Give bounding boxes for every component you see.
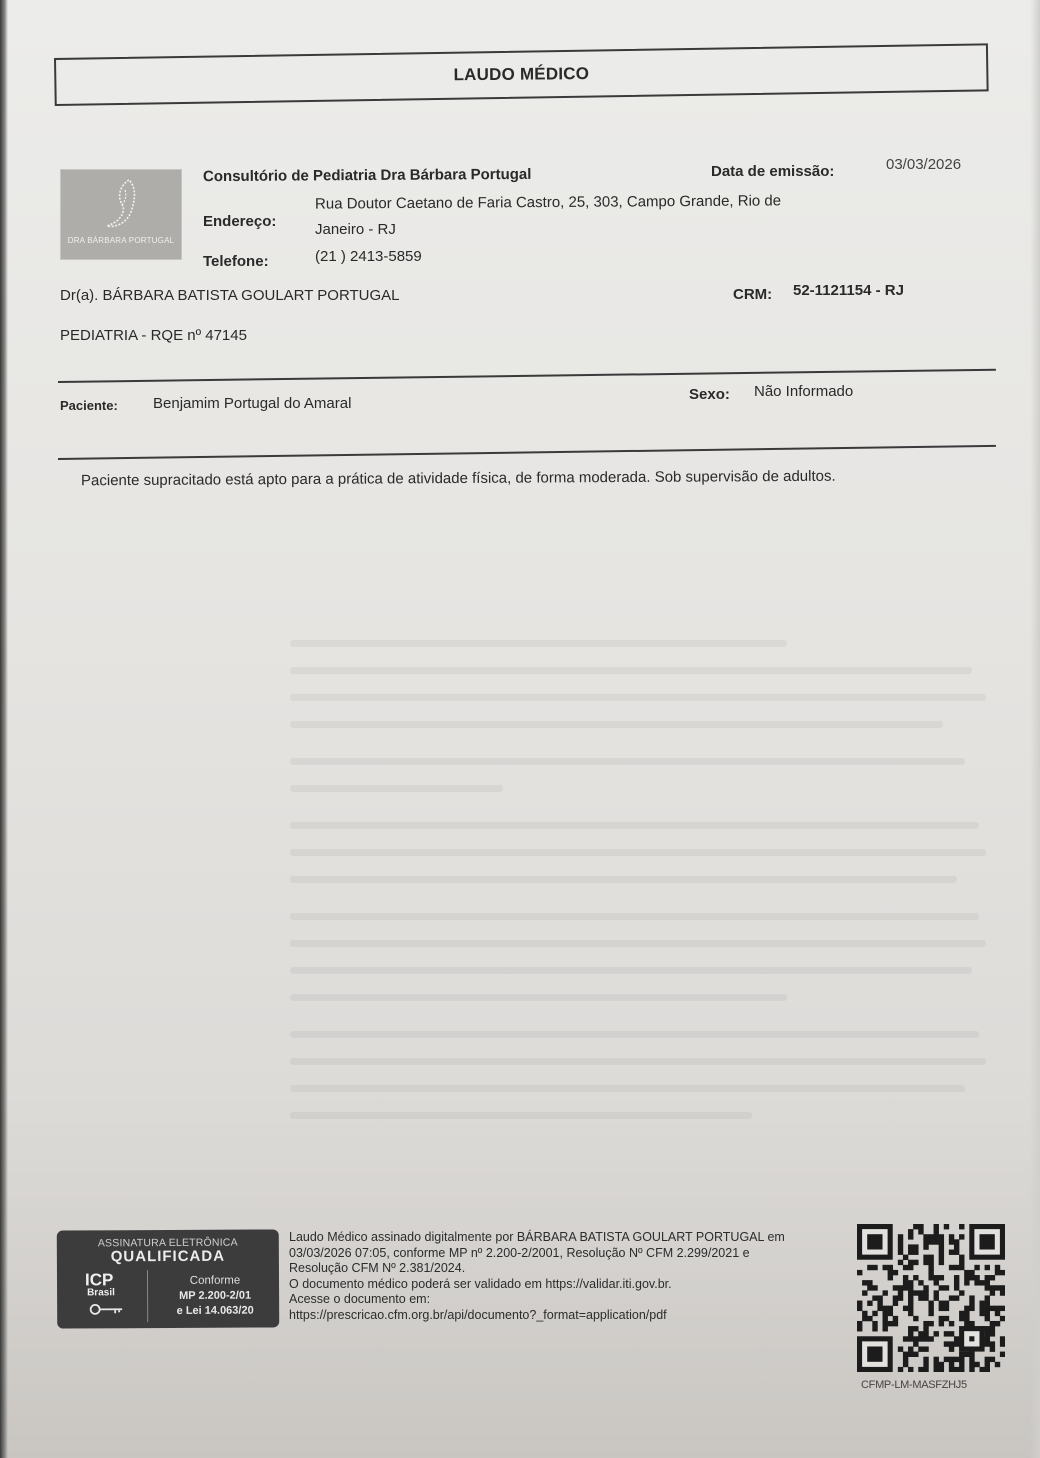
divider-top — [58, 369, 996, 383]
badge-divider — [147, 1270, 148, 1322]
title-box: LAUDO MÉDICO — [54, 43, 989, 106]
qr-code[interactable] — [857, 1224, 1005, 1372]
document-url: https://prescricao.cfm.org.br/api/docume… — [289, 1308, 854, 1324]
photo-edge-shadow — [0, 0, 8, 1458]
qr-code-id: CFMP-LM-MASFZHJ5 — [861, 1379, 967, 1391]
address-line2: Janeiro - RJ — [315, 221, 396, 238]
signature-statement: Laudo Médico assinado digitalmente por B… — [289, 1230, 854, 1324]
divider-bottom — [58, 445, 996, 460]
crm-label: CRM: — [733, 286, 772, 303]
phone-label: Telefone: — [203, 253, 269, 270]
address-label: Endereço: — [203, 213, 276, 230]
badge-conforme: Conforme — [155, 1274, 275, 1287]
phone-number: (21 ) 2413-5859 — [315, 248, 422, 265]
badge-mp: MP 2.200-2/01 — [155, 1289, 275, 1302]
badge-line2: QUALIFICADA — [57, 1247, 279, 1265]
doctor-name: Dr(a). BÁRBARA BATISTA GOULART PORTUGAL — [60, 287, 400, 304]
doctor-specialty: PEDIATRIA - RQE nº 47145 — [60, 327, 247, 344]
icp-logo-text: ICP — [85, 1272, 113, 1288]
badge-lei: e Lei 14.063/20 — [155, 1304, 275, 1317]
show-through-text — [290, 640, 1000, 1160]
patient-label: Paciente: — [60, 398, 118, 413]
sex-value: Não Informado — [754, 383, 853, 400]
logo-text: DRA BÁRBARA PORTUGAL — [61, 236, 181, 245]
issue-date: 03/03/2026 — [886, 156, 961, 173]
validation-line: O documento médico poderá ser validado e… — [289, 1277, 854, 1293]
patient-name: Benjamim Portugal do Amaral — [153, 395, 351, 412]
icp-brasil-text: Brasil — [87, 1287, 115, 1298]
address-line1: Rua Doutor Caetano de Faria Castro, 25, … — [315, 192, 781, 212]
document-title: LAUDO MÉDICO — [56, 61, 986, 89]
clinic-name: Consultório de Pediatria Dra Bárbara Por… — [203, 166, 532, 185]
sex-label: Sexo: — [689, 386, 730, 403]
issue-date-label: Data de emissão: — [711, 163, 834, 180]
crm-number: 52-1121154 - RJ — [793, 282, 904, 299]
mother-child-icon — [61, 170, 181, 240]
signature-line: Laudo Médico assinado digitalmente por B… — [289, 1230, 854, 1246]
access-line: Acesse o documento em: — [289, 1292, 854, 1308]
clinic-logo: DRA BÁRBARA PORTUGAL — [60, 169, 182, 260]
report-body: Paciente supracitado está apto para a pr… — [81, 468, 836, 490]
key-icon — [89, 1302, 125, 1316]
qualified-signature-badge: ASSINATURA ELETRÔNICA QUALIFICADA ICP Br… — [57, 1229, 280, 1328]
signature-line: 03/03/2026 07:05, conforme MP nº 2.200-2… — [289, 1246, 854, 1262]
signature-line: Resolução CFM Nº 2.381/2024. — [289, 1261, 854, 1277]
photo-edge-light — [1030, 0, 1040, 1458]
